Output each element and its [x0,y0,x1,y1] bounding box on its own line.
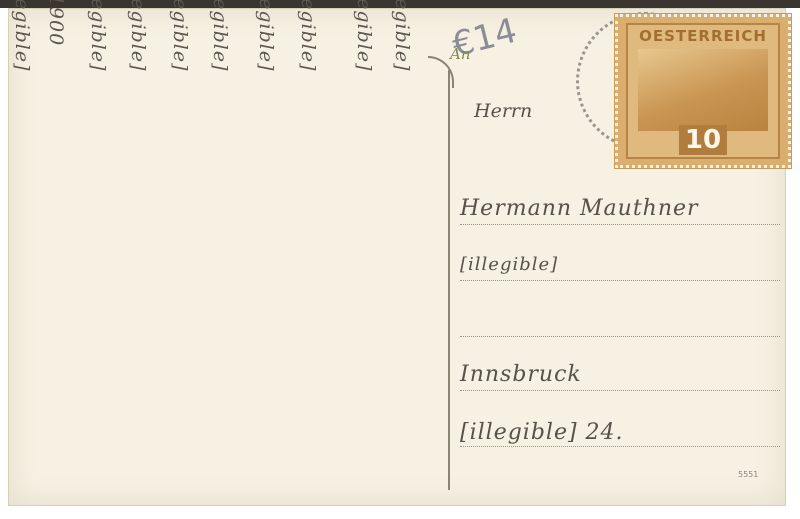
handwritten-message: [illegible] [illegible] [illegible] [ill… [20,20,430,490]
message-line: [illegible] [214,20,248,490]
postage-stamp: OESTERREICH 10 [615,14,791,168]
address-rule [460,224,780,225]
address-rule [460,280,780,281]
message-line: [illegible] [92,20,126,490]
stamp-country: OESTERREICH [628,27,778,45]
address-rule [460,446,780,447]
message-line: 1900 [50,20,84,490]
stamp-frame: OESTERREICH 10 [626,23,780,159]
center-divider-line [448,70,450,490]
address-rule [460,390,780,391]
address-title: Herrn [474,100,532,122]
message-line: [illegible] [396,20,430,490]
address-rule [460,336,780,337]
address-name: Hermann Mauthner [460,196,699,221]
address-salutation: An [450,45,471,63]
message-line: [illegible] [174,20,208,490]
address-line2: [illegible] [460,254,558,275]
message-line: [illegible] [302,20,336,490]
address-street: [illegible] 24. [460,420,624,445]
message-line: [illegible] [260,20,294,490]
message-signature: [illegible] [16,20,50,490]
stamp-denomination: 10 [628,125,778,155]
message-line: [illegible] [132,20,166,490]
message-line: [illegible] [358,20,392,490]
stamp-landscape-illustration [638,49,768,131]
address-city: Innsbruck [460,362,582,387]
print-number: 5551 [738,470,758,479]
